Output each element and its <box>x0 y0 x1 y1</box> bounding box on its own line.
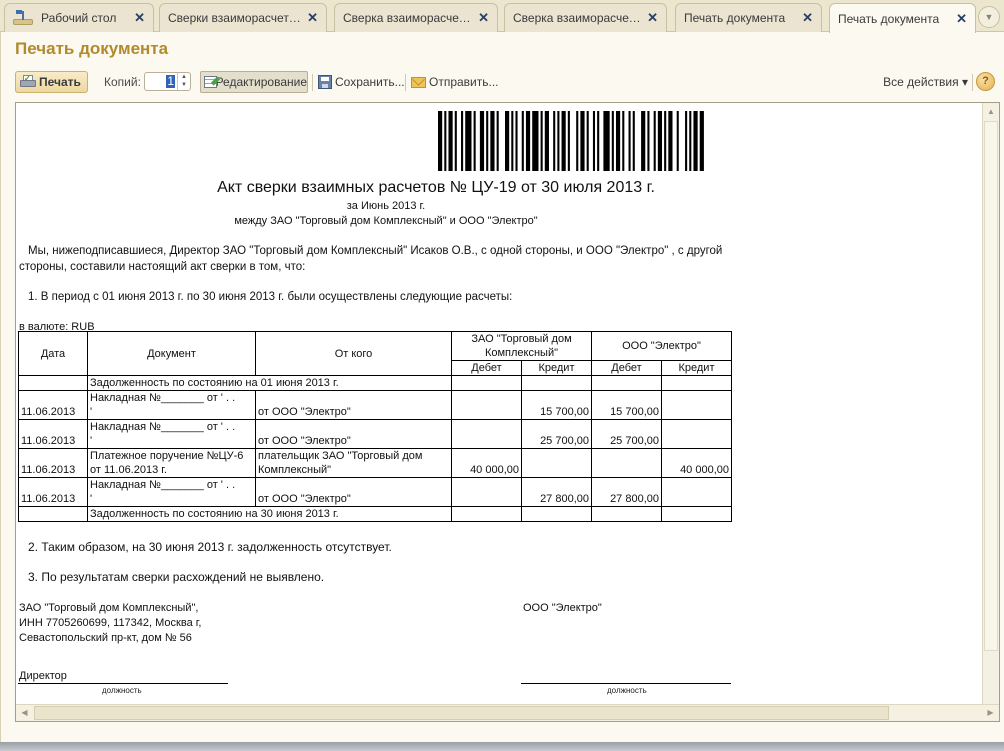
page-title: Печать документа <box>15 39 168 59</box>
cell-party1-credit: 15 700,00 <box>522 391 592 420</box>
cell-party2-debit: 27 800,00 <box>592 478 662 507</box>
cell-date: 11.06.2013 <box>19 478 88 507</box>
point-1: 1. В период с 01 июня 2013 г. по 30 июня… <box>28 289 512 305</box>
cell-document: Накладная №_______ от ' . .' <box>88 391 256 420</box>
cell-party2-debit <box>592 449 662 478</box>
cell-party1-credit <box>522 449 592 478</box>
cell-party1-credit: 25 700,00 <box>522 420 592 449</box>
cell-date: 11.06.2013 <box>19 449 88 478</box>
cell-party1-debit <box>452 391 522 420</box>
close-icon[interactable]: ✕ <box>802 10 813 26</box>
cell-party2-credit: 40 000,00 <box>662 449 732 478</box>
close-icon[interactable]: ✕ <box>956 11 967 27</box>
cell-document-line: от 11.06.2013 г. <box>90 463 253 477</box>
tab-reconciliations[interactable]: Сверки взаиморасчетов ✕ <box>159 3 327 32</box>
copies-stepper[interactable]: 1 ▲ ▼ <box>144 72 191 91</box>
close-icon[interactable]: ✕ <box>647 10 658 26</box>
cell-document-line: ' <box>90 405 253 419</box>
cell-document: Накладная №_______ от ' . .' <box>88 420 256 449</box>
cell-party1-debit <box>452 420 522 449</box>
cell-document-line: Платежное поручение №ЦУ-6 <box>90 449 253 463</box>
cell-document-line: ' <box>90 492 253 506</box>
tab-label: Сверка взаиморасчето... <box>513 11 641 25</box>
cell-document-line: Накладная №_______ от ' . . <box>90 391 253 405</box>
editing-label: Редактирование <box>216 75 307 89</box>
cell-date: 11.06.2013 <box>19 391 88 420</box>
print-button-label: Печать <box>39 75 81 89</box>
cell-date: 11.06.2013 <box>19 420 88 449</box>
floppy-disk-icon <box>318 75 332 89</box>
copies-spinner[interactable]: ▲ ▼ <box>177 73 190 90</box>
table-row: 11.06.2013Накладная №_______ от ' . .'от… <box>19 420 732 449</box>
copies-label: Копий: <box>104 75 141 89</box>
cell-from-line: Комплексный" <box>258 463 449 477</box>
tabs-dropdown-button[interactable]: ▼ <box>978 6 1000 28</box>
cell-from-line <box>258 478 449 492</box>
cell-from-line: от ООО "Электро" <box>258 405 449 419</box>
tab-label: Печать документа <box>838 12 950 26</box>
table-row: 11.06.2013Платежное поручение №ЦУ-6от 11… <box>19 449 732 478</box>
signer1-position: Директор <box>19 669 67 684</box>
cell-from: от ООО "Электро" <box>256 391 452 420</box>
tab-reconciliation-1[interactable]: Сверка взаиморасчето... ✕ <box>334 3 498 32</box>
header-date: Дата <box>19 332 88 376</box>
toolbar-divider <box>312 74 313 91</box>
cell-document-line: Накладная №_______ от ' . . <box>90 478 253 492</box>
editing-toggle-button[interactable]: Редактирование <box>200 71 308 93</box>
cell-document-line: ' <box>90 434 253 448</box>
cell-from-line <box>258 391 449 405</box>
party1-name: ЗАО "Торговый дом Комплексный", <box>19 601 198 616</box>
cell-party2-credit <box>662 391 732 420</box>
spin-down-icon[interactable]: ▼ <box>178 81 190 89</box>
toolbar-divider <box>972 74 973 91</box>
party2-name: ООО "Электро" <box>523 601 602 616</box>
header-party2-credit: Кредит <box>662 361 732 376</box>
document-title: Акт сверки взаимных расчетов № ЦУ-19 от … <box>16 179 856 197</box>
cell-from: плательщик ЗАО "Торговый домКомплексный" <box>256 449 452 478</box>
save-label: Сохранить... <box>335 75 405 89</box>
cell-from-line <box>258 420 449 434</box>
cell-from-line: от ООО "Электро" <box>258 492 449 506</box>
tab-print-document-2[interactable]: Печать документа ✕ <box>829 3 976 33</box>
spin-up-icon[interactable]: ▲ <box>178 73 190 81</box>
cell-party2-credit <box>662 478 732 507</box>
tab-print-document-1[interactable]: Печать документа ✕ <box>675 3 822 32</box>
opening-balance-row: Задолженность по состоянию на 01 июня 20… <box>19 376 732 391</box>
scroll-right-icon[interactable]: ▶ <box>982 705 999 721</box>
cell-from: от ООО "Электро" <box>256 478 452 507</box>
table-row: 11.06.2013Накладная №_______ от ' . .'от… <box>19 478 732 507</box>
toolbar-divider <box>405 74 406 91</box>
party1-address: Севастопольский пр-кт, дом № 56 <box>19 631 192 646</box>
cell-party1-credit: 27 800,00 <box>522 478 592 507</box>
cell-document: Накладная №_______ от ' . .' <box>88 478 256 507</box>
spreadsheet-document-viewer[interactable]: Акт сверки взаимных расчетов № ЦУ-19 от … <box>15 102 1000 722</box>
close-icon[interactable]: ✕ <box>134 10 145 26</box>
cell-party2-debit: 15 700,00 <box>592 391 662 420</box>
help-button[interactable]: ? <box>976 72 995 91</box>
closing-balance-label: Задолженность по состоянию на 30 июня 20… <box>88 507 452 522</box>
party1-inn: ИНН 7705260699, 117342, Москва г, <box>19 616 201 631</box>
cell-from: от ООО "Электро" <box>256 420 452 449</box>
reconciliation-act-document: Акт сверки взаимных расчетов № ЦУ-19 от … <box>16 103 982 715</box>
document-period: за Июнь 2013 г. <box>16 200 756 212</box>
tab-reconciliation-2[interactable]: Сверка взаиморасчето... ✕ <box>504 3 667 32</box>
all-actions-menu[interactable]: Все действия ▾ <box>883 75 968 89</box>
horizontal-scroll-thumb[interactable] <box>34 706 889 720</box>
signature-line-party1 <box>18 683 228 684</box>
close-icon[interactable]: ✕ <box>307 10 318 26</box>
intro-line-2: стороны, составили настоящий акт сверки … <box>19 259 305 275</box>
tab-desktop[interactable]: Рабочий стол ✕ <box>4 3 154 32</box>
header-party1: ЗАО "Торговый дом Комплексный" <box>452 332 592 361</box>
print-document-panel: Печать документа ✓ Печать Копий: 1 ▲ ▼ Р… <box>0 32 1004 742</box>
cell-party2-debit: 25 700,00 <box>592 420 662 449</box>
opening-balance-label: Задолженность по состоянию на 01 июня 20… <box>88 376 452 391</box>
cell-document-line: Накладная №_______ от ' . . <box>90 420 253 434</box>
tab-bar: Рабочий стол ✕ Сверки взаиморасчетов ✕ С… <box>0 0 1004 32</box>
send-button[interactable]: Отправить... <box>411 71 499 93</box>
close-icon[interactable]: ✕ <box>478 10 489 26</box>
header-party1-debit: Дебет <box>452 361 522 376</box>
signer1-caption: должность <box>102 686 142 695</box>
envelope-icon <box>411 77 426 88</box>
header-party1-credit: Кредит <box>522 361 592 376</box>
os-taskbar <box>0 742 1004 751</box>
save-button[interactable]: Сохранить... <box>318 71 405 93</box>
scroll-left-icon[interactable]: ◀ <box>16 705 33 721</box>
tab-label: Сверка взаиморасчето... <box>343 11 472 25</box>
toolbar: ✓ Печать Копий: 1 ▲ ▼ Редактирование Сох… <box>1 70 1004 94</box>
table-row: 11.06.2013Накладная №_______ от ' . .'от… <box>19 391 732 420</box>
print-button[interactable]: ✓ Печать <box>15 71 88 93</box>
signer2-caption: должность <box>607 686 647 695</box>
tab-label: Рабочий стол <box>41 11 128 25</box>
intro-line-1: Мы, нижеподписавшиеся, Директор ЗАО "Тор… <box>28 243 722 259</box>
vertical-scrollbar[interactable]: ▲ ▼ <box>982 103 999 715</box>
tab-label: Печать документа <box>684 11 796 25</box>
printer-icon: ✓ <box>20 75 36 89</box>
document-parties: между ЗАО "Торговый дом Комплексный" и О… <box>16 215 756 227</box>
signature-line-party2 <box>521 683 731 684</box>
tab-label: Сверки взаиморасчетов <box>168 11 301 25</box>
cell-party1-debit: 40 000,00 <box>452 449 522 478</box>
header-party2-debit: Дебет <box>592 361 662 376</box>
cell-from-line: плательщик ЗАО "Торговый дом <box>258 449 449 463</box>
point-2: 2. Таким образом, на 30 июня 2013 г. зад… <box>28 539 392 555</box>
header-from: От кого <box>256 332 452 376</box>
vertical-scroll-thumb[interactable] <box>984 121 998 651</box>
horizontal-scrollbar[interactable]: ◀ ▶ <box>16 704 999 721</box>
edit-table-icon <box>204 75 213 89</box>
cell-from-line: от ООО "Электро" <box>258 434 449 448</box>
point-3: 3. По результатам сверки расхождений не … <box>28 569 324 585</box>
barcode <box>438 111 706 171</box>
scroll-up-icon[interactable]: ▲ <box>983 103 999 120</box>
cell-document: Платежное поручение №ЦУ-6от 11.06.2013 г… <box>88 449 256 478</box>
reconciliation-table: Дата Документ От кого ЗАО "Торговый дом … <box>18 331 732 522</box>
header-party2: ООО "Электро" <box>592 332 732 361</box>
cell-party2-credit <box>662 420 732 449</box>
copies-value[interactable]: 1 <box>166 75 175 88</box>
send-label: Отправить... <box>429 75 499 89</box>
desktop-icon <box>13 9 35 27</box>
cell-party1-debit <box>452 478 522 507</box>
closing-balance-row: Задолженность по состоянию на 30 июня 20… <box>19 507 732 522</box>
header-document: Документ <box>88 332 256 376</box>
